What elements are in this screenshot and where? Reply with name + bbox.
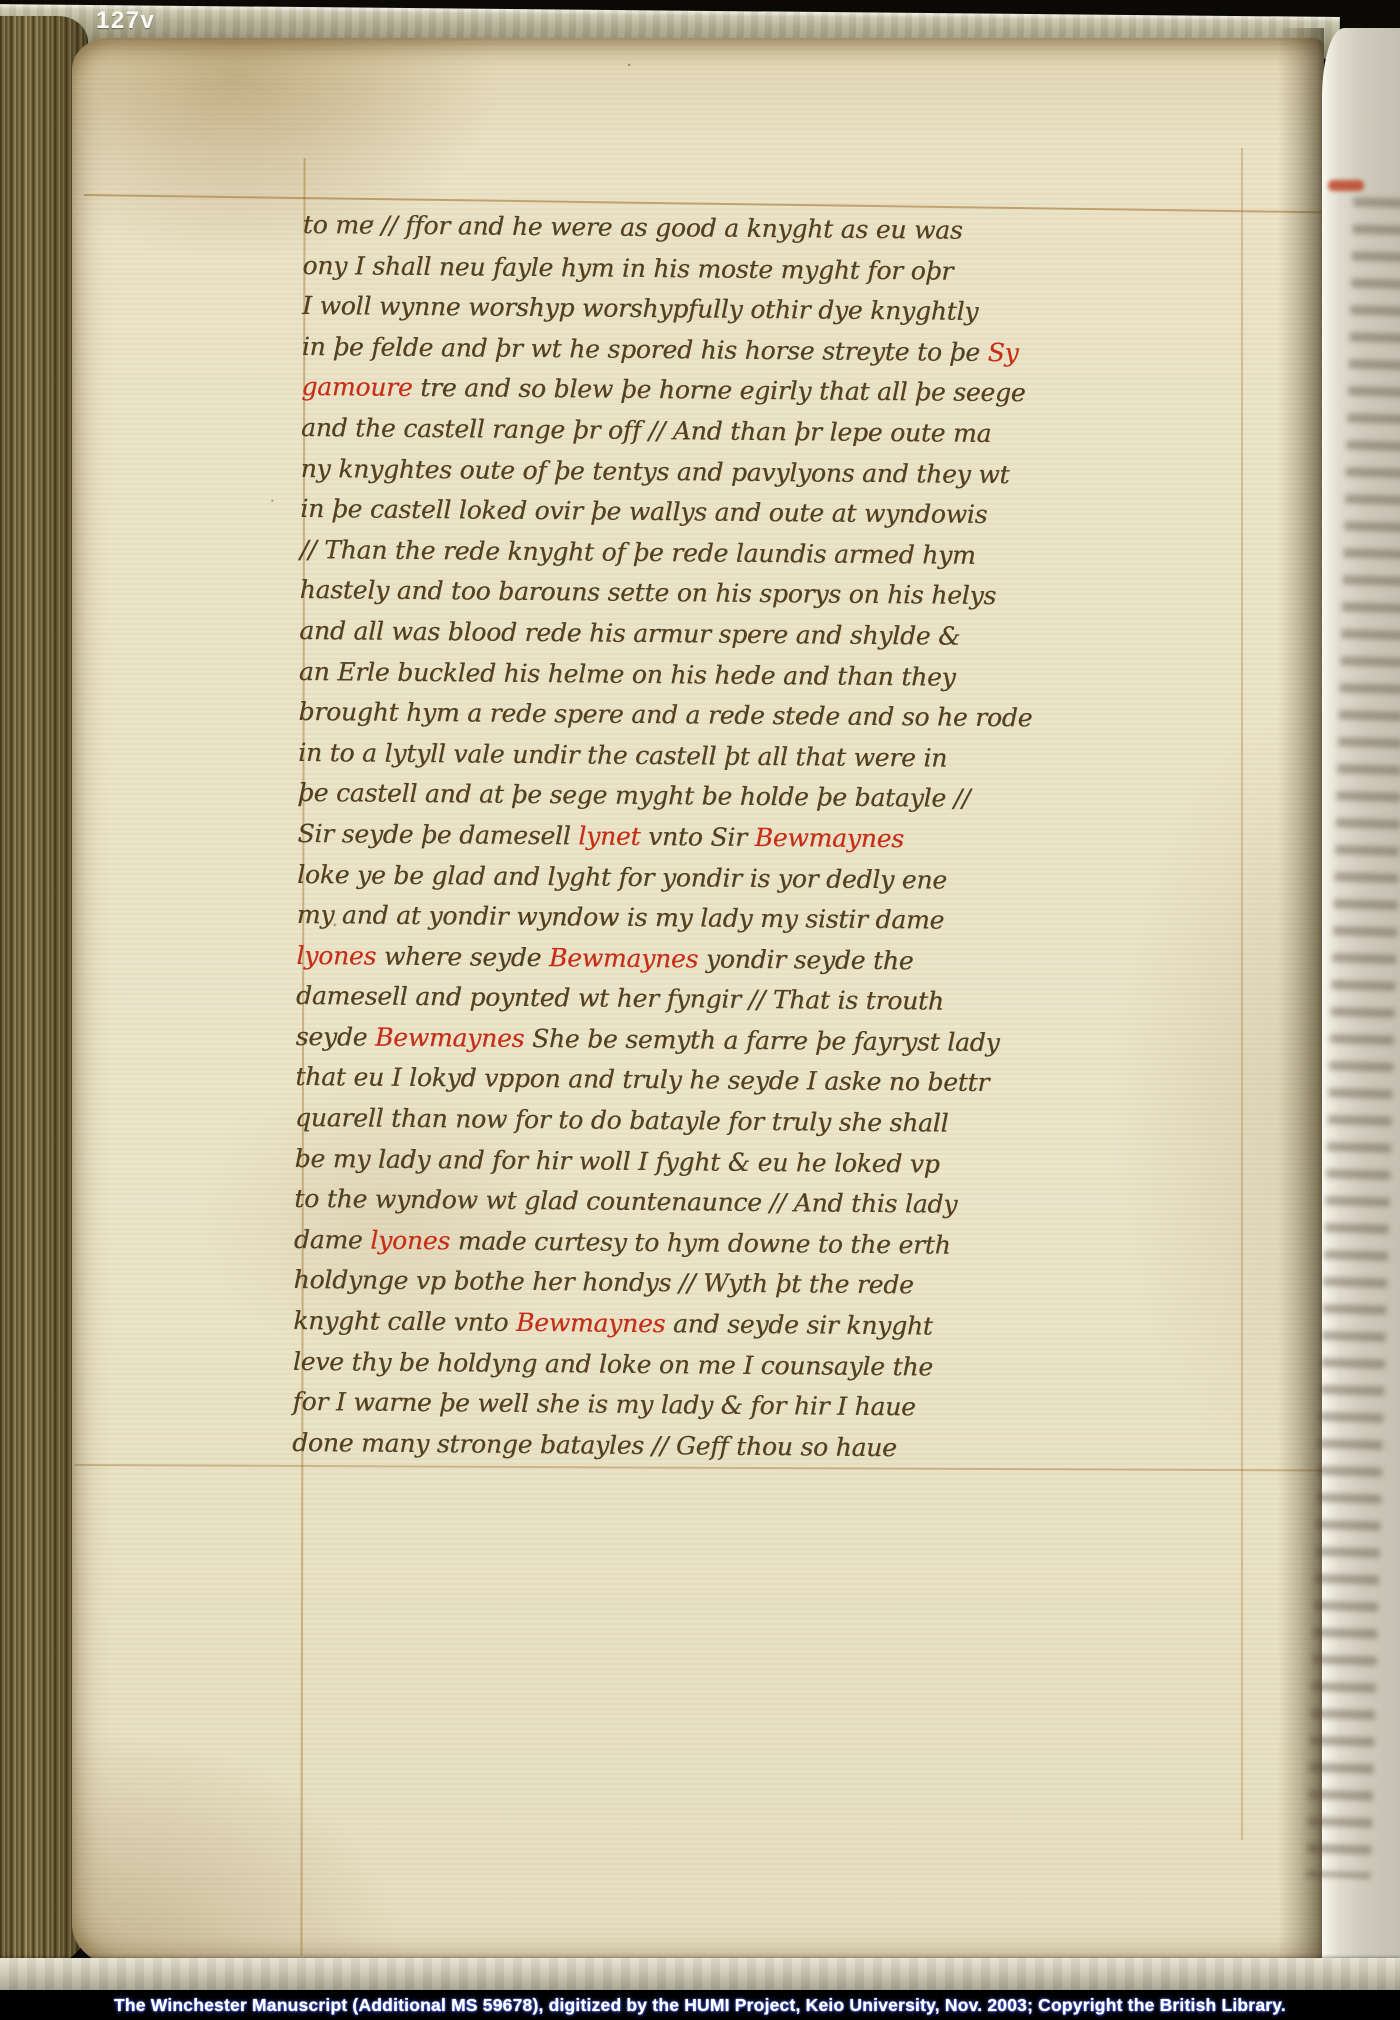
text-line: holdynge vp bothe her hondys // Wyth þt … [293,1260,995,1307]
ink-text: yondir seyde the [706,944,914,975]
ink-text: done many stronge batayles // Geff thou … [292,1428,897,1462]
text-line: // Than the rede knyght of þe rede laund… [300,530,1002,577]
text-line: gamoure tre and so blew þe horne egirly … [301,367,1003,414]
ink-text: knyght calle vnto [293,1306,516,1337]
ink-text: hastely and too barouns sette on his spo… [300,575,997,610]
text-line: in to a lytyll vale undir the castell þt… [298,733,1000,780]
text-line: quarell than now for to do batayle for t… [295,1098,997,1145]
ink-text: holdynge vp bothe her hondys // Wyth þt … [293,1265,913,1299]
ink-text: be my lady and for hir woll I fyght & eu… [295,1144,940,1179]
digitized-manuscript-photo: 127v to me // ffor and he were as good a… [0,0,1400,2020]
ink-text: in to a lytyll vale undir the castell þt… [298,738,947,773]
text-line: that eu I lokyd vppon and truly he seyde… [295,1057,997,1104]
ink-text: to me // ffor and he were as good a knyg… [303,210,963,245]
text-line: seyde Bewmaynes She be semyth a farre þe… [296,1017,998,1064]
text-line: in þe felde and þr wt he spored his hors… [302,327,1004,374]
ink-text: ony I shall neu fayle hym in his moste m… [302,251,953,286]
facing-page-strip [1322,28,1400,1988]
rubric-text: Bewmaynes [375,1023,532,1053]
ink-text: loke ye be glad and lyght for yondir is … [297,859,947,894]
ink-text: my and at yondir wyndow is my lady my si… [297,900,945,935]
text-line: an Erle buckled his helme on his hede an… [299,652,1001,699]
text-line: loke ye be glad and lyght for yondir is … [297,854,999,901]
text-line: þe castell and at þe sege myght be holde… [298,773,1000,820]
text-line: leve thy be holdyng and loke on me I cou… [293,1342,995,1389]
text-line: and the castell range þr off // And than… [301,408,1003,455]
text-line: dame lyones made curtesy to hym downe to… [294,1220,996,1267]
ink-text: for I warne þe well she is my lady & for… [292,1387,915,1421]
ink-text: I woll wynne worshyp worshypfully othir … [302,291,978,326]
text-line: ony I shall neu fayle hym in his moste m… [302,246,1004,293]
ink-text: and seyde sir knyght [673,1309,933,1340]
ink-text: in þe felde and þr wt he spored his hors… [302,332,988,367]
ink-text: tre and so blew þe horne egirly that all… [420,373,1025,407]
ink-text: made curtesy to hym downe to the erth [458,1226,951,1259]
text-line: hastely and too barouns sette on his spo… [299,570,1001,617]
facing-page-rubric-mark [1328,180,1364,191]
text-line: to the wyndow wt glad countenaunce // An… [294,1179,996,1226]
ink-text: and the castell range þr off // And than… [301,413,991,448]
caption-text: The Winchester Manuscript (Additional MS… [114,1995,1286,2016]
ink-text: leve thy be holdyng and loke on me I cou… [293,1347,933,1382]
ink-text: She be semyth a farre þe fayryst lady [532,1024,1000,1057]
text-line: Sir seyde þe damesell lynet vnto Sir Bew… [297,814,999,861]
rubric-text: lyones [370,1225,458,1255]
text-line: and all was blood rede his armur spere a… [299,611,1001,658]
ink-text: // Than the rede knyght of þe rede laund… [300,535,976,570]
ink-text: that eu I lokyd vppon and truly he seyde… [295,1062,989,1097]
text-line: damesell and poynted wt her fyngir // Th… [296,976,998,1023]
text-line: brought hym a rede spere and a rede sted… [298,692,1000,739]
text-line: lyones where seyde Bewmaynes yondir seyd… [296,936,998,983]
rubric-text: Bewmaynes [516,1308,673,1338]
ink-text: seyde [296,1022,376,1052]
text-line: I woll wynne worshyp worshypfully othir … [302,286,1004,333]
ink-text: where seyde [384,941,549,971]
ink-text: dame [294,1225,371,1255]
ink-text: an Erle buckled his helme on his hede an… [299,657,956,692]
rubric-text: Sy [988,338,1019,367]
ink-text: and all was blood rede his armur spere a… [299,616,960,651]
ink-text: in þe castell loked ovir þe wallys and o… [300,494,987,529]
text-line: to me // ffor and he were as good a knyg… [303,205,1005,252]
ruling-line-right [1241,148,1243,1840]
ink-text: damesell and poynted wt her fyngir // Th… [296,981,944,1016]
ink-text: brought hym a rede spere and a rede sted… [298,697,1032,732]
ink-text: vnto Sir [648,822,755,852]
rubric-text: lyones [296,941,384,971]
rubric-text: lynet [578,821,648,851]
book-bottom-edge [0,1958,1400,1990]
rubric-text: Bewmaynes [755,823,904,853]
text-line: in þe castell loked ovir þe wallys and o… [300,489,1002,536]
caption-bar: The Winchester Manuscript (Additional MS… [0,1990,1400,2020]
text-block: to me // ffor and he were as good a knyg… [292,205,1005,1469]
text-line: be my lady and for hir woll I fyght & eu… [294,1139,996,1186]
ink-text: ny knyghtes oute of þe tentys and pavyly… [301,454,1010,489]
ink-text: Sir seyde þe damesell [297,819,578,850]
text-line: my and at yondir wyndow is my lady my si… [297,895,999,942]
ink-text: þe castell and at þe sege myght be holde… [298,778,971,813]
text-line: knyght calle vnto Bewmaynes and seyde si… [293,1301,995,1348]
rubric-text: Bewmaynes [549,943,706,973]
text-line: for I warne þe well she is my lady & for… [292,1382,994,1429]
text-line: ny knyghtes oute of þe tentys and pavyly… [301,449,1003,496]
ink-text: quarell than now for to do batayle for t… [295,1103,949,1138]
folio-label: 127v [96,7,155,35]
ink-text: to the wyndow wt glad countenaunce // An… [294,1184,957,1219]
rubric-text: gamoure [301,372,420,402]
text-line: done many stronge batayles // Geff thou … [292,1423,994,1470]
